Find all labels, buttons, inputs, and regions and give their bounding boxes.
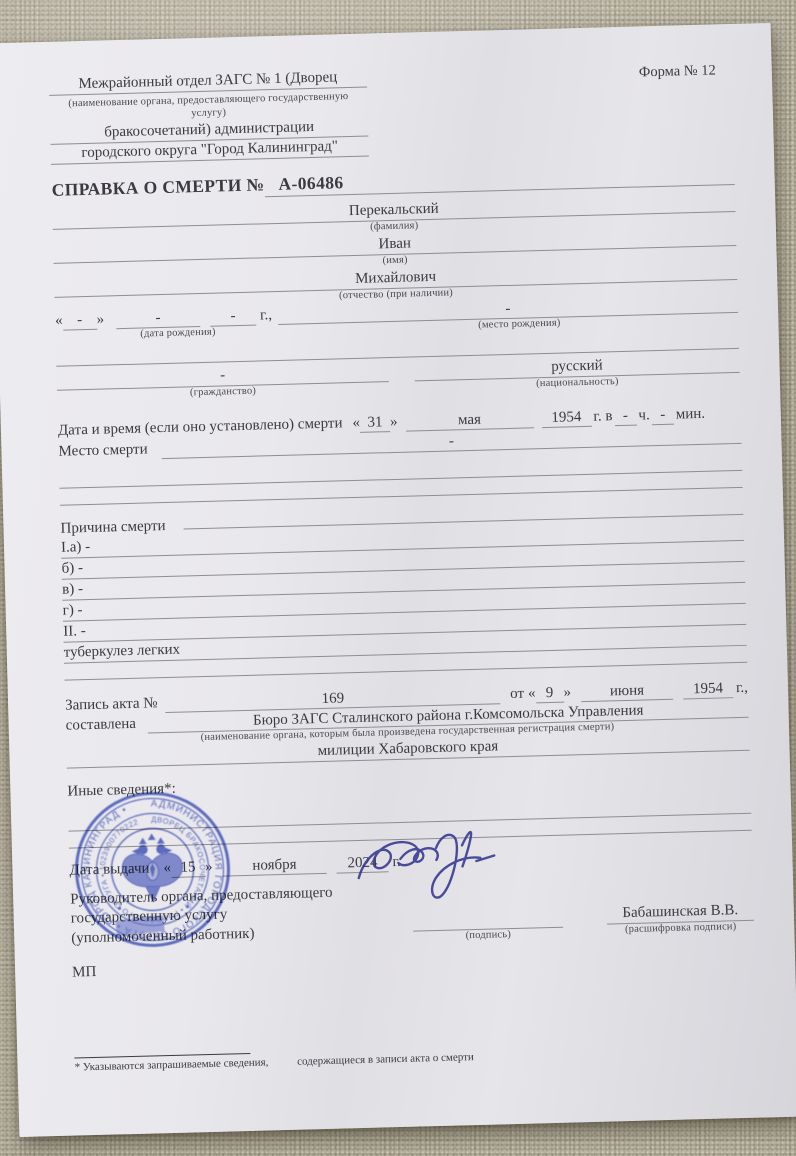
death-minutes-label: мин. — [675, 405, 705, 423]
footnote-text-1: * Указываются запрашиваемые сведения, — [74, 1056, 268, 1073]
record-month-value: июня — [581, 681, 673, 701]
death-place-label: Место смерти — [58, 441, 148, 460]
issue-month-value: ноября — [222, 855, 326, 876]
birth-month-value: - — [116, 309, 200, 329]
record-from-label: от — [510, 685, 524, 702]
record-close-quote: » — [563, 684, 571, 701]
death-year-value: 1954 — [541, 408, 591, 427]
death-close-quote: » — [390, 413, 398, 430]
seal-place-label: МП — [72, 956, 372, 984]
official-seal-stamp: АДМИНИСТРАЦИЯ ГОРОДСКОГО ОКРУГА • ГОРОД … — [70, 787, 234, 951]
death-hours-value: - — [614, 407, 636, 426]
footnote: * Указываются запрашиваемые сведения, со… — [74, 1043, 634, 1074]
record-day-value: 9 — [535, 684, 563, 703]
signature-column: (подпись) — [412, 877, 564, 942]
birth-year-value: - — [210, 307, 256, 326]
issue-year-suffix: г. — [392, 853, 401, 870]
double-headed-eagle-icon — [122, 834, 184, 903]
title-label: СПРАВКА О СМЕРТИ № — [51, 174, 264, 201]
death-hours-label: ч. — [638, 407, 650, 424]
certificate-number: А-06486 — [264, 171, 366, 197]
birth-year-suffix: г., — [260, 307, 272, 324]
record-year-value: 1954 — [683, 680, 733, 699]
issuing-org-block: Межрайонный отдел ЗАГС № 1 (Дворец (наим… — [49, 70, 369, 167]
form-number: Форма № 12 — [639, 62, 716, 81]
death-day-value: 31 — [360, 414, 390, 433]
header: Межрайонный отдел ЗАГС № 1 (Дворец (наим… — [49, 60, 734, 166]
issue-year-value: 2024 — [336, 854, 388, 873]
birth-day-value: - — [62, 311, 96, 330]
record-year-suffix: г., — [736, 679, 748, 696]
signer-name-column: Бабашинская В.В. (расшифровка подписи) — [606, 872, 755, 969]
certificate-sheet: Межрайонный отдел ЗАГС № 1 (Дворец (наим… — [0, 23, 796, 1137]
footnote-text-2: содержащиеся в записи акта о смерти — [297, 1051, 474, 1068]
death-minutes-value: - — [652, 406, 674, 425]
cause-of-death-label: Причина смерти — [60, 517, 165, 537]
death-month-value: мая — [405, 410, 533, 431]
record-label: Запись акта № — [65, 695, 158, 714]
death-year-in-label: г. в — [593, 408, 612, 425]
record-composed-label: составлена — [65, 715, 136, 734]
birth-close-quote: » — [96, 311, 104, 328]
death-datetime-label: Дата и время (если оно установлено) смер… — [58, 415, 343, 439]
